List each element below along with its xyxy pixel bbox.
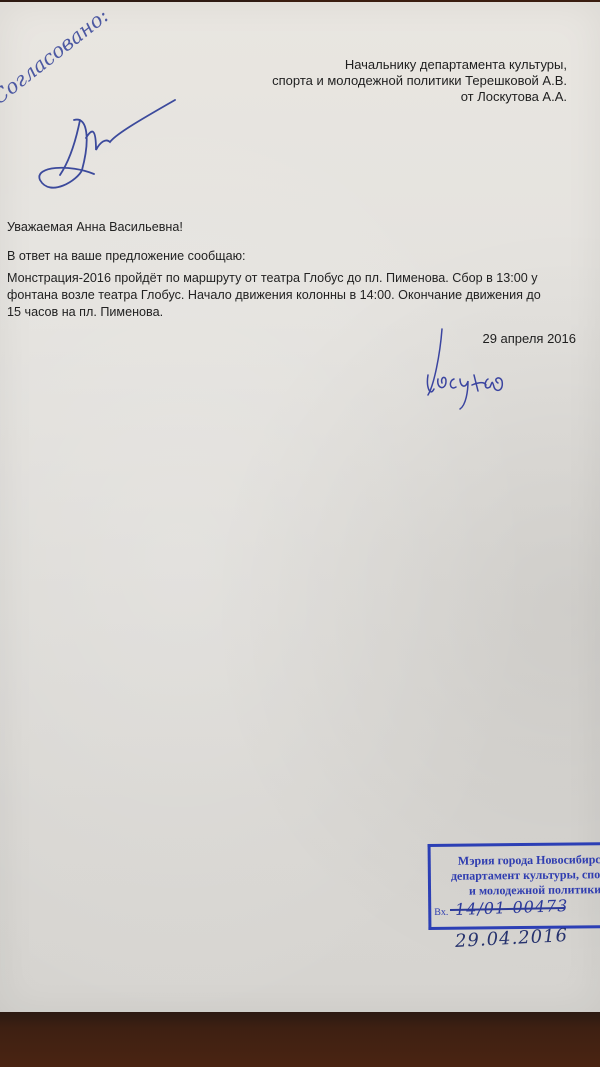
greeting: Уважаемая Анна Васильевна! — [7, 220, 183, 234]
body-line: 15 часов на пл. Пименова. — [7, 304, 582, 321]
stamp-line: Мэрия города Новосибирск — [445, 852, 600, 869]
stamp-line: департамент культуры, спор — [437, 867, 600, 884]
addressee-line: Начальнику департамента культуры, — [272, 57, 567, 73]
addressee-block: Начальнику департамента культуры, спорта… — [272, 57, 567, 105]
addressee-line: от Лоскутова А.А. — [272, 89, 567, 105]
body-line: Монстрация-2016 пройдёт по маршруту от т… — [7, 270, 582, 287]
addressee-line: спорта и молодежной политики Терешковой … — [272, 73, 567, 89]
body-line: фонтана возле театра Глобус. Начало движ… — [7, 287, 582, 304]
intro-line: В ответ на ваше предложение сообщаю: — [7, 249, 246, 263]
wooden-table-surface — [0, 1012, 600, 1067]
letter-date: 29 апреля 2016 — [482, 331, 576, 346]
letter-body: Монстрация-2016 пройдёт по маршруту от т… — [7, 270, 582, 321]
stamp-incoming-label: Вх. — [434, 905, 448, 920]
stamp-line: и молодежной политики — [449, 882, 600, 899]
